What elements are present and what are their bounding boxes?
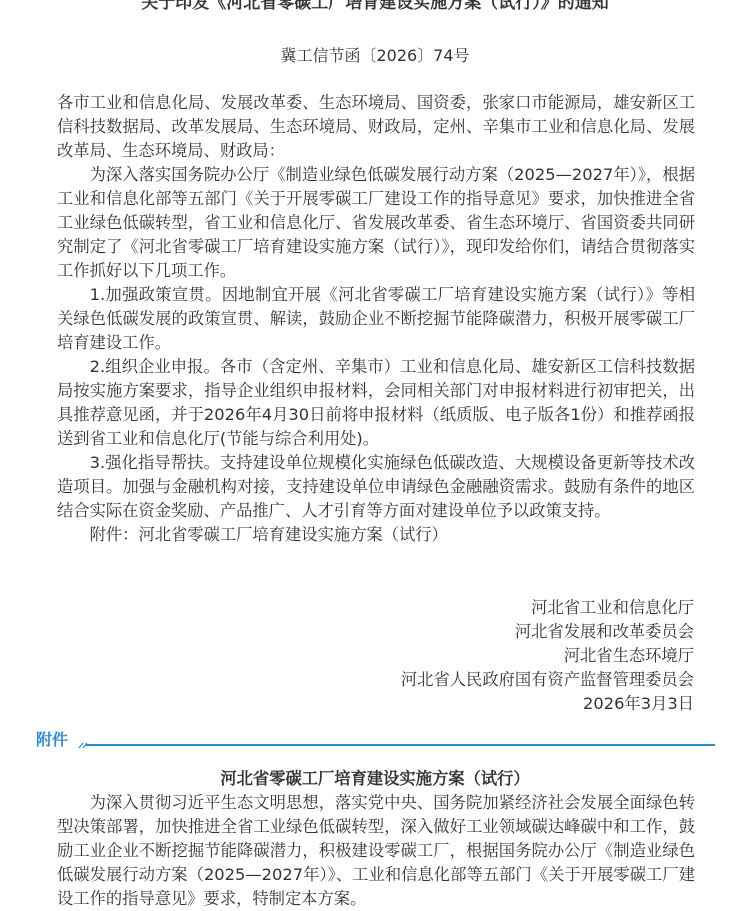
work-item-2: 2.组织企业申报。各市（含定州、辛集市）工业和信息化局、雄安新区工信科技数据局按…	[57, 355, 695, 451]
attachment-body: 为深入贯彻习近平生态文明思想，落实党中央、国务院加紧经济社会发展全面绿色转型决策…	[57, 791, 695, 911]
attachment-intro-paragraph: 为深入贯彻习近平生态文明思想，落实党中央、国务院加紧经济社会发展全面绿色转型决策…	[57, 791, 695, 911]
attachment-label: 附件	[36, 729, 68, 751]
issue-date: 2026年3月3日	[401, 692, 694, 716]
signatory: 河北省工业和信息化厅	[401, 596, 694, 620]
document-number: 冀工信节函〔2026〕74号	[0, 44, 750, 68]
document-page: 关于印发《河北省零碳工厂培育建设实施方案（试行）》的通知 冀工信节函〔2026〕…	[0, 0, 750, 911]
signatory: 河北省发展和改革委员会	[401, 620, 694, 644]
intro-paragraph: 为深入落实国务院办公厅《制造业绿色低碳发展行动方案（2025—2027年）》，根…	[57, 163, 695, 283]
notice-body: 各市工业和信息化局、发展改革委、生态环境局、国资委，张家口市能源局，雄安新区工信…	[57, 91, 695, 547]
signature-block: 河北省工业和信息化厅 河北省发展和改革委员会 河北省生态环境厅 河北省人民政府国…	[401, 596, 694, 716]
addressee: 各市工业和信息化局、发展改革委、生态环境局、国资委，张家口市能源局，雄安新区工信…	[57, 91, 695, 163]
attachment-note: 附件：河北省零碳工厂培育建设实施方案（试行）	[57, 523, 695, 547]
attachment-title: 河北省零碳工厂培育建设实施方案（试行）	[0, 767, 750, 791]
attachment-section-header: 附件	[36, 729, 716, 751]
notice-title: 关于印发《河北省零碳工厂培育建设实施方案（试行）》的通知	[0, 0, 750, 15]
signatory: 河北省生态环境厅	[401, 644, 694, 668]
work-item-1: 1.加强政策宣贯。因地制宜开展《河北省零碳工厂培育建设实施方案（试行）》等相关绿…	[57, 283, 695, 355]
work-item-3: 3.强化指导帮扶。支持建设单位规模化实施绿色低碳改造、大规模设备更新等技术改造项…	[57, 451, 695, 523]
section-divider-line	[86, 744, 715, 746]
signatory: 河北省人民政府国有资产监督管理委员会	[401, 668, 694, 692]
